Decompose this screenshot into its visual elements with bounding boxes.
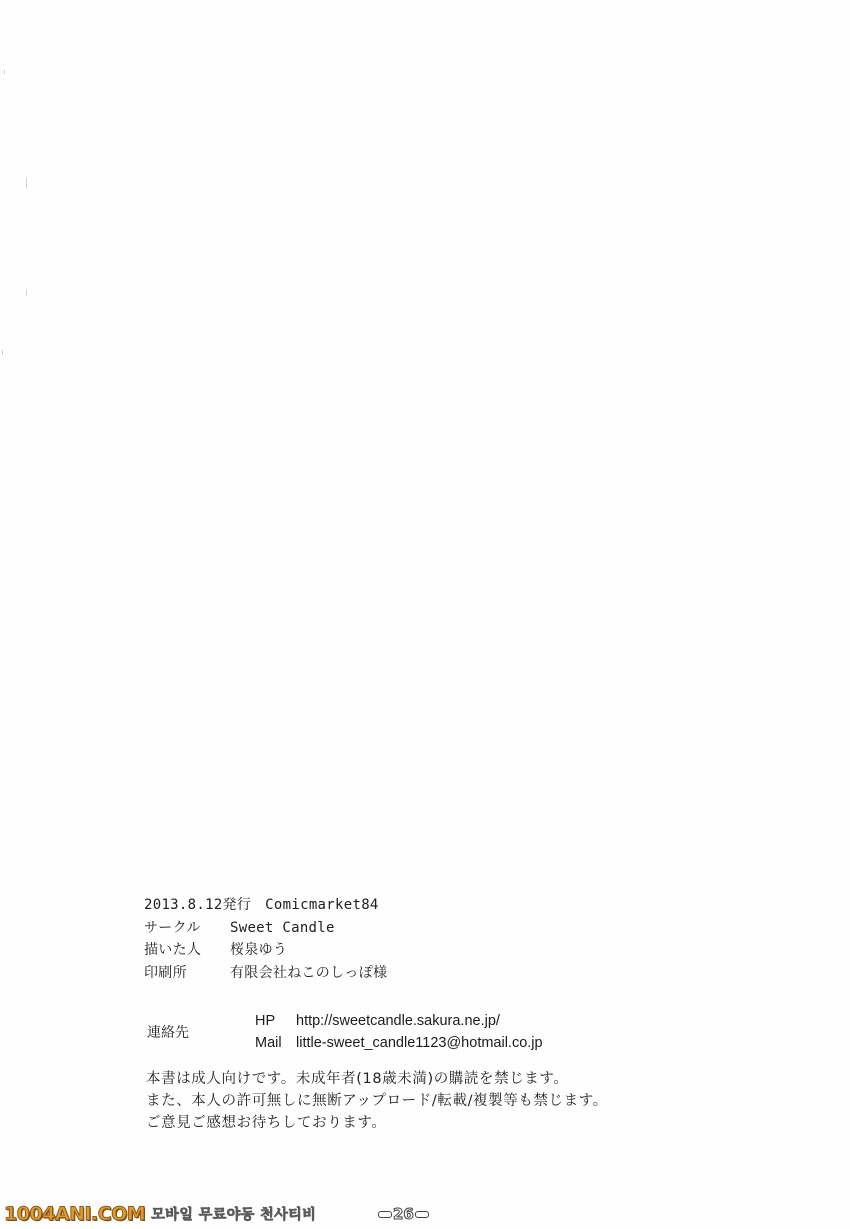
page-number-value: 26 bbox=[393, 1205, 414, 1223]
contact-lines: HP http://sweetcandle.sakura.ne.jp/ Mail… bbox=[255, 1010, 543, 1054]
page-number-left-ornament bbox=[378, 1211, 392, 1218]
circle-label: サークル bbox=[144, 917, 230, 940]
watermark-logo: 1004ANI.COM bbox=[4, 1203, 145, 1225]
colophon-row-artist: 描いた人 桜泉ゆう bbox=[144, 939, 387, 962]
scan-mark bbox=[2, 350, 3, 355]
colophon-row-circle: サークル Sweet Candle bbox=[144, 917, 387, 940]
watermark-subtitle: 모바일 무료야동 천사티비 bbox=[151, 1204, 316, 1224]
printer-name: 有限会社ねこのしっぽ様 bbox=[230, 962, 387, 985]
watermark: 1004ANI.COM 모바일 무료야동 천사티비 bbox=[4, 1203, 316, 1225]
homepage-key: HP bbox=[255, 1010, 296, 1032]
scan-mark bbox=[4, 70, 5, 74]
artist-label: 描いた人 bbox=[144, 939, 230, 962]
homepage-url: http://sweetcandle.sakura.ne.jp/ bbox=[296, 1010, 500, 1032]
page-number: 26 bbox=[378, 1205, 429, 1223]
event-name: Comicmarket84 bbox=[265, 894, 378, 917]
colophon-row-issue: 2013.8.12発行 Comicmarket84 bbox=[144, 894, 387, 917]
colophon: 2013.8.12発行 Comicmarket84 サークル Sweet Can… bbox=[144, 894, 387, 984]
mail-address: little-sweet_candle1123@hotmail.co.jp bbox=[296, 1032, 543, 1054]
document-page: 2013.8.12発行 Comicmarket84 サークル Sweet Can… bbox=[0, 0, 850, 1229]
page-number-right-ornament bbox=[415, 1211, 429, 1218]
notice-line-feedback: ご意見ご感想お待ちしております。 bbox=[146, 1112, 608, 1134]
artist-name: 桜泉ゆう bbox=[230, 939, 287, 962]
colophon-row-printer: 印刷所 有限会社ねこのしっぽ様 bbox=[144, 962, 387, 985]
notice-line-upload: また、本人の許可無しに無断アップロード/転載/複製等も禁じます。 bbox=[146, 1090, 608, 1112]
contact-homepage: HP http://sweetcandle.sakura.ne.jp/ bbox=[255, 1010, 543, 1032]
notice-line-adult: 本書は成人向けです。未成年者(18歳未満)の購読を禁じます。 bbox=[146, 1068, 608, 1090]
circle-name: Sweet Candle bbox=[230, 917, 335, 940]
issue-date: 2013.8.12発行 bbox=[144, 894, 251, 917]
mail-key: Mail bbox=[255, 1032, 296, 1054]
printer-label: 印刷所 bbox=[144, 962, 230, 985]
contact-block: 連絡先 HP http://sweetcandle.sakura.ne.jp/ … bbox=[147, 1010, 747, 1060]
scan-mark bbox=[26, 290, 27, 296]
contact-mail: Mail little-sweet_candle1123@hotmail.co.… bbox=[255, 1032, 543, 1054]
contact-label: 連絡先 bbox=[147, 1022, 189, 1042]
notice-block: 本書は成人向けです。未成年者(18歳未満)の購読を禁じます。 また、本人の許可無… bbox=[146, 1068, 608, 1134]
scan-mark bbox=[26, 178, 27, 188]
